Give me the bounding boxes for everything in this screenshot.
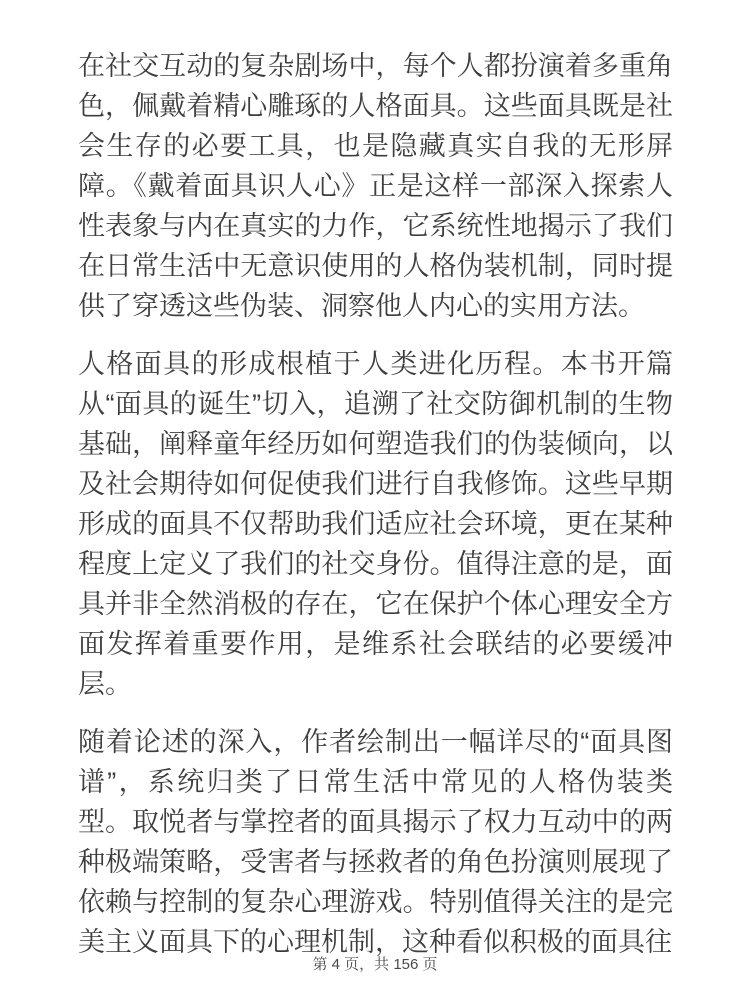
page-number-indicator: 第 4 页，共 156 页 xyxy=(0,956,750,974)
paragraph-1: 在社交互动的复杂剧场中，每个人都扮演着多重角色，佩戴着精心雕琢的人格面具。这些面… xyxy=(78,46,673,326)
page-content: 在社交互动的复杂剧场中，每个人都扮演着多重角色，佩戴着精心雕琢的人格面具。这些面… xyxy=(78,46,673,962)
paragraph-2: 人格面具的形成根植于人类进化历程。本书开篇从“面具的诞生”切入，追溯了社交防御机… xyxy=(78,344,673,704)
paragraph-3: 随着论述的深入，作者绘制出一幅详尽的“面具图谱”，系统归类了日常生活中常见的人格… xyxy=(78,722,673,962)
document-page: 在社交互动的复杂剧场中，每个人都扮演着多重角色，佩戴着精心雕琢的人格面具。这些面… xyxy=(0,0,750,1000)
